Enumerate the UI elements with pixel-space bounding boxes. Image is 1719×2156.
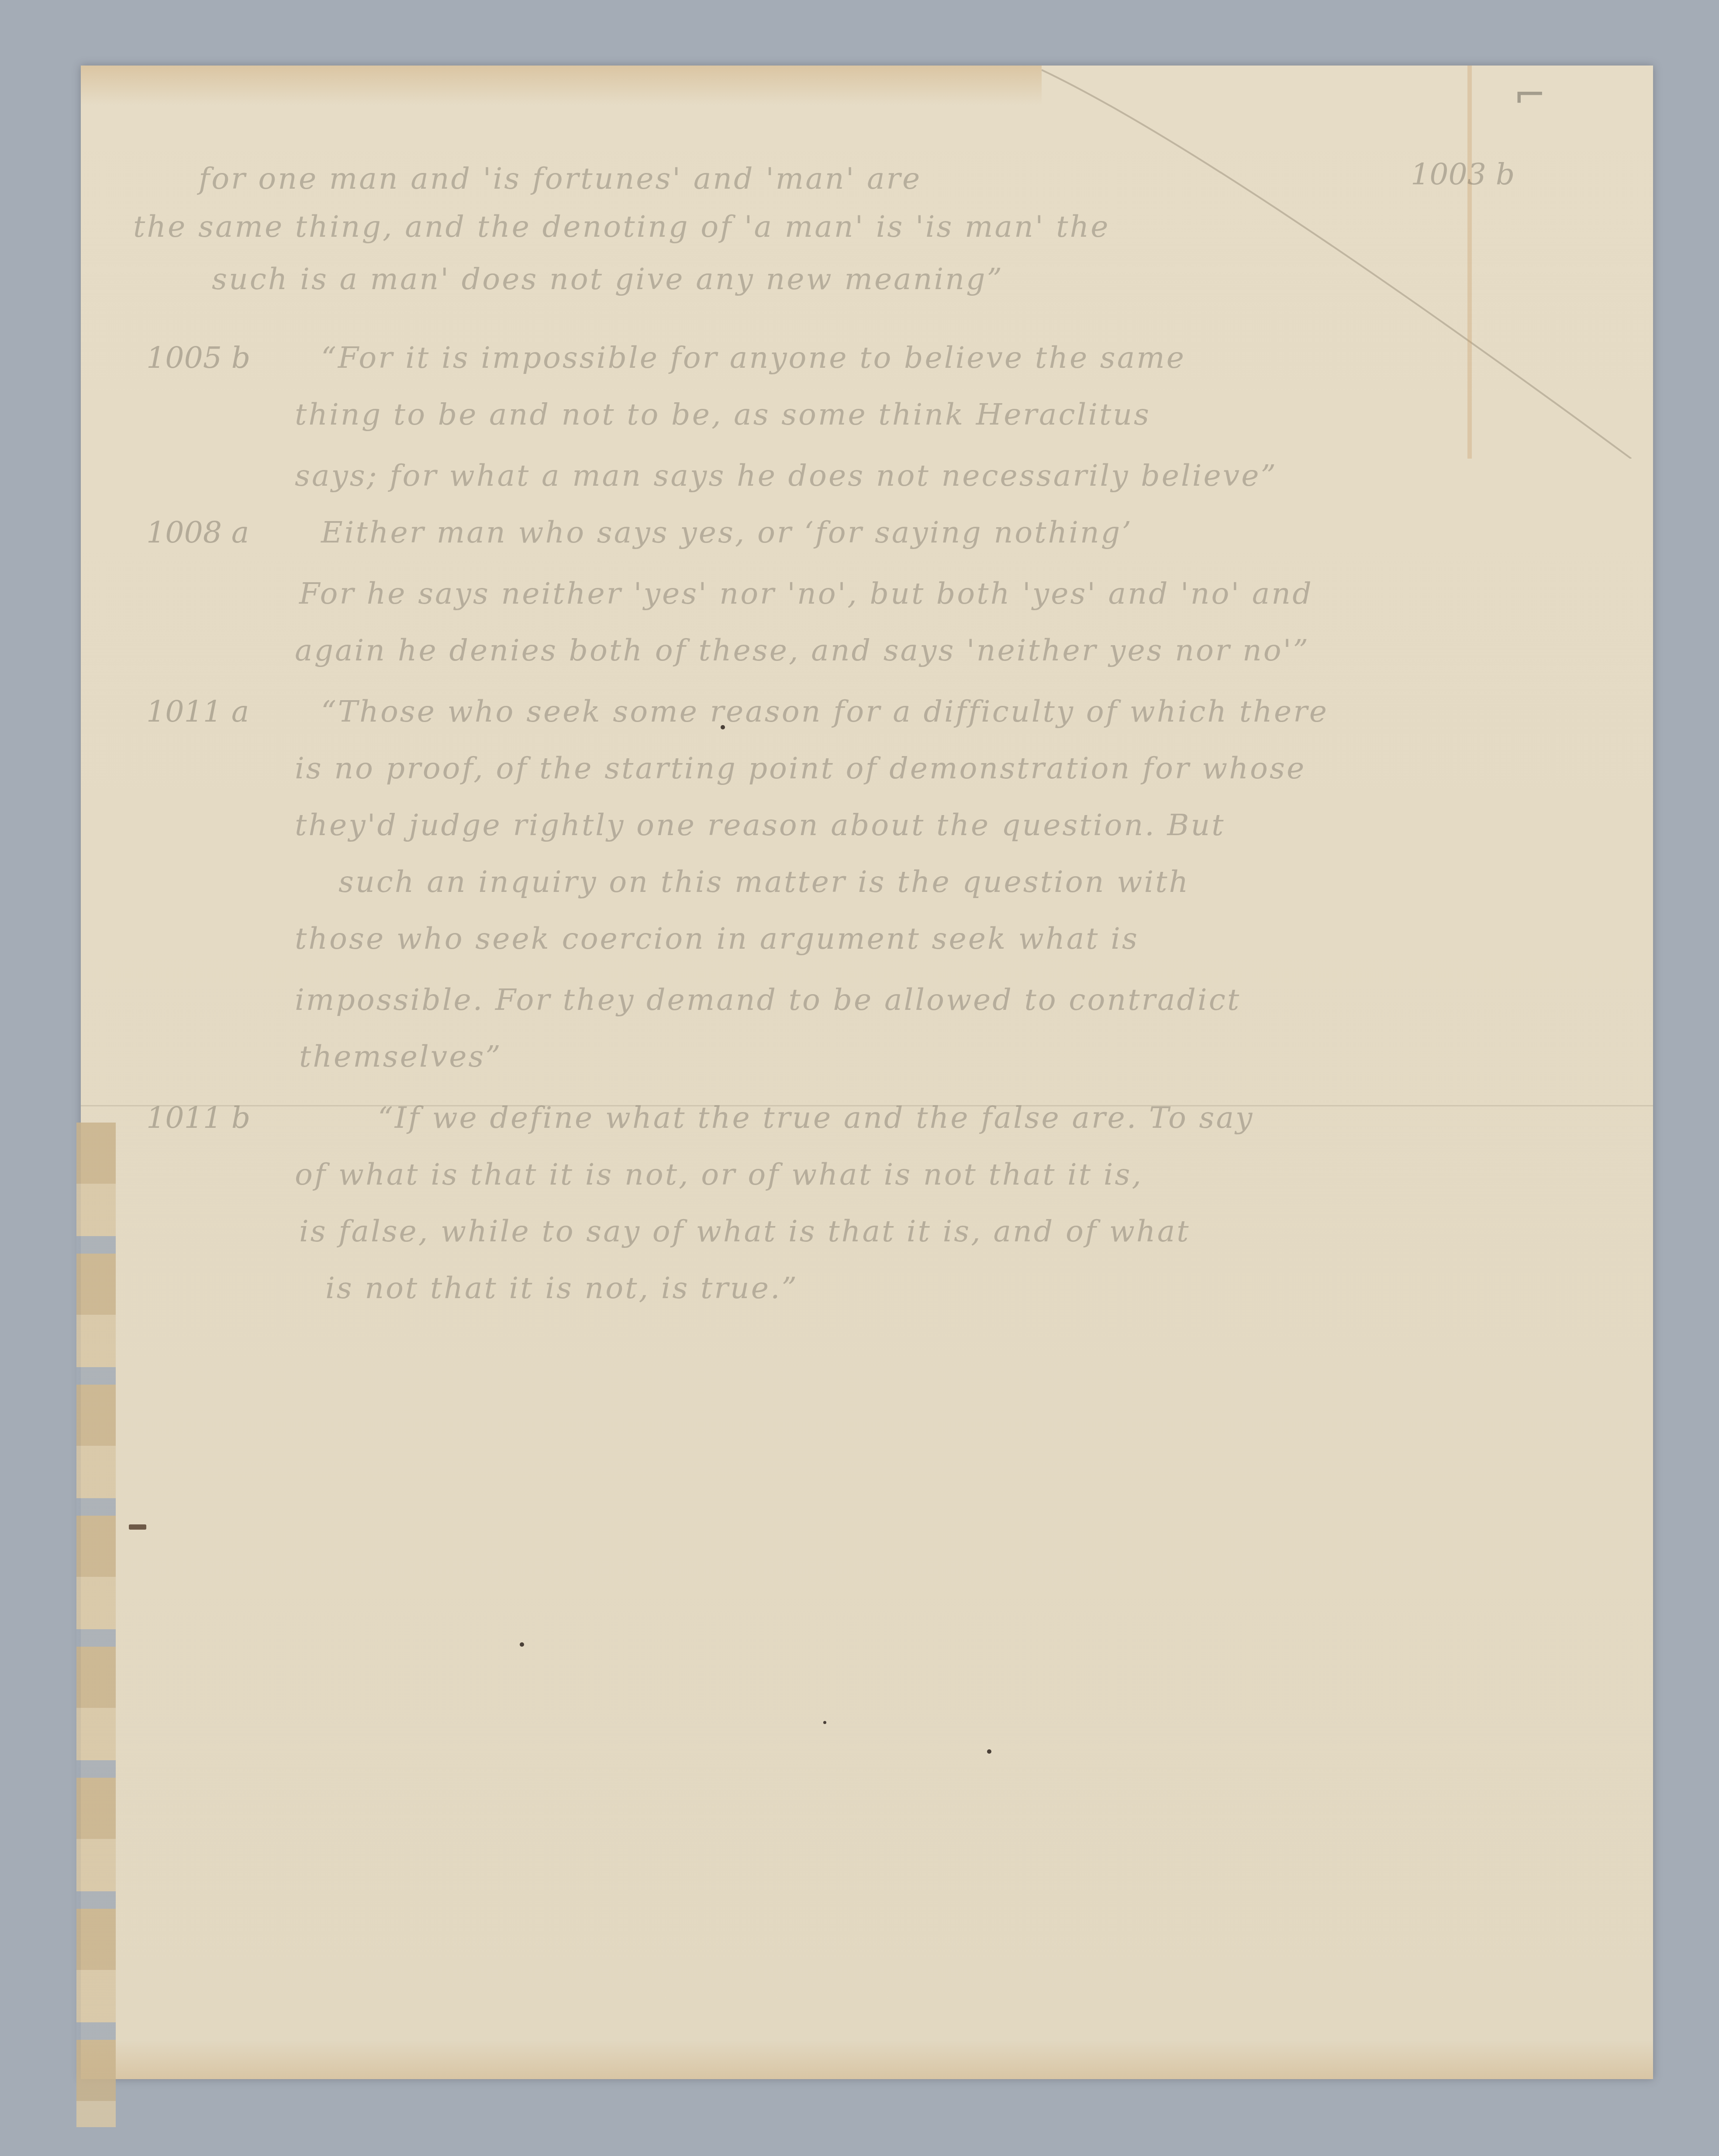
text-line: those who seek coercion in argument seek… <box>295 922 1139 956</box>
corner-bracket-mark: ⌐ <box>1513 72 1546 118</box>
text-line: “For it is impossible for anyone to beli… <box>321 341 1186 375</box>
margin-ref: 1005 b <box>146 341 250 375</box>
ink-speck <box>823 1721 826 1724</box>
text-line: is not that it is not, is true.” <box>325 1271 798 1306</box>
text-line: is false, while to say of what is that i… <box>299 1214 1191 1249</box>
margin-ref: 1003 b <box>1411 157 1515 192</box>
ink-speck <box>721 725 725 729</box>
margin-ref: 1008 a <box>146 515 249 550</box>
text-line: “If we define what the true and the fals… <box>378 1101 1254 1135</box>
text-line: thing to be and not to be, as some think… <box>295 397 1151 432</box>
text-line: for one man and 'is fortunes' and 'man' … <box>199 162 922 196</box>
text-line: For he says neither 'yes' nor 'no', but … <box>299 577 1313 611</box>
text-line: is no proof, of the starting point of de… <box>295 751 1306 786</box>
text-line: Either man who says yes, or ‘for saying … <box>321 515 1133 550</box>
margin-ref: 1011 b <box>146 1101 250 1135</box>
ink-speck <box>987 1749 991 1754</box>
text-line: impossible. For they demand to be allowe… <box>295 983 1241 1017</box>
text-line: of what is that it is not, or of what is… <box>295 1157 1143 1192</box>
text-line: they'd judge rightly one reason about th… <box>295 808 1225 843</box>
text-line: such is a man' does not give any new mea… <box>212 262 1004 297</box>
text-line: again he denies both of these, and says … <box>295 633 1310 668</box>
text-line: such an inquiry on this matter is the qu… <box>338 865 1190 899</box>
text-line: says; for what a man says he does not ne… <box>295 459 1277 493</box>
text-line: “Those who seek some reason for a diffic… <box>321 694 1329 729</box>
manuscript-page: 1003 b for one man and 'is fortunes' and… <box>81 66 1653 2079</box>
margin-ref: 1011 a <box>146 694 249 729</box>
text-line: themselves” <box>299 1040 502 1074</box>
ink-speck <box>520 1642 524 1647</box>
handwritten-text: 1003 b for one man and 'is fortunes' and… <box>81 66 1653 2079</box>
text-line: the same thing, and the denoting of 'a m… <box>133 210 1110 244</box>
